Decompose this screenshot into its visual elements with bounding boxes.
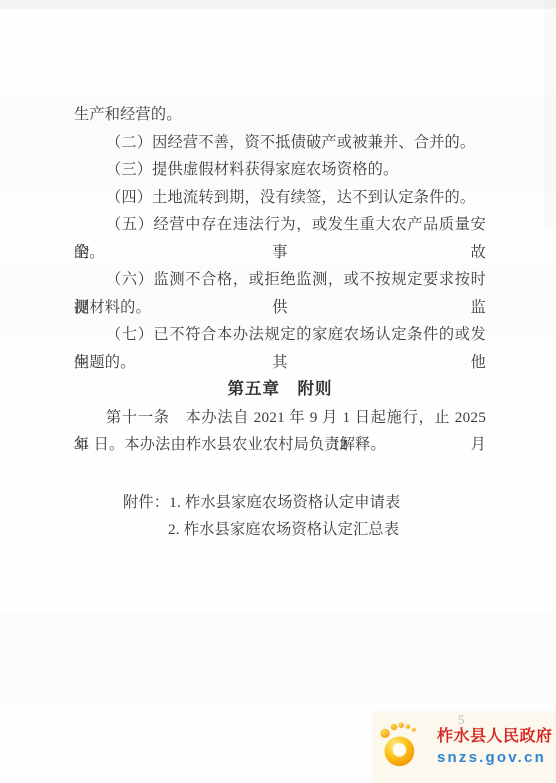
scan-edge-shade	[544, 0, 556, 230]
gov-site-url: snzs.gov.cn	[437, 747, 553, 768]
footprint-icon	[376, 718, 430, 777]
body-line: （二）因经营不善，资不抵债破产或被兼并、合并的。	[74, 129, 486, 157]
page-number: 5	[458, 712, 465, 728]
scan-band-top	[0, 0, 556, 9]
scan-band	[0, 612, 556, 704]
attachment-line-2: 2. 柞水县家庭农场资格认定汇总表	[74, 516, 486, 544]
watermark-text: 柞水县人民政府 snzs.gov.cn	[437, 726, 553, 768]
body-line: （三）提供虚假材料获得家庭农场资格的。	[74, 156, 486, 184]
gov-site-name: 柞水县人民政府	[437, 726, 553, 747]
body-line: （四）土地流转到期，没有续签，达不到认定条件的。	[74, 184, 486, 212]
chapter-heading: 第五章 附则	[74, 376, 486, 404]
body-line: 生产和经营的。	[74, 101, 486, 129]
document-text-block: 生产和经营的。 （二）因经营不善，资不抵债破产或被兼并、合并的。 （三）提供虚假…	[74, 101, 486, 544]
document-page: 生产和经营的。 （二）因经营不善，资不抵债破产或被兼并、合并的。 （三）提供虚假…	[0, 0, 556, 783]
attachment-line-1: 附件：1. 柞水县家庭农场资格认定申请表	[74, 489, 486, 517]
body-line: （六）监测不合格，或拒绝监测，或不按规定要求按时提供监	[74, 266, 486, 294]
body-line: （七）已不符合本办法规定的家庭农场认定条件的或发生其他	[74, 321, 486, 349]
body-line: （五）经营中存在违法行为，或发生重大农产品质量安全事故	[74, 211, 486, 239]
article-line: 第十一条 本办法自 2021 年 9 月 1 日起施行，止 2025 年 12 …	[74, 404, 486, 432]
